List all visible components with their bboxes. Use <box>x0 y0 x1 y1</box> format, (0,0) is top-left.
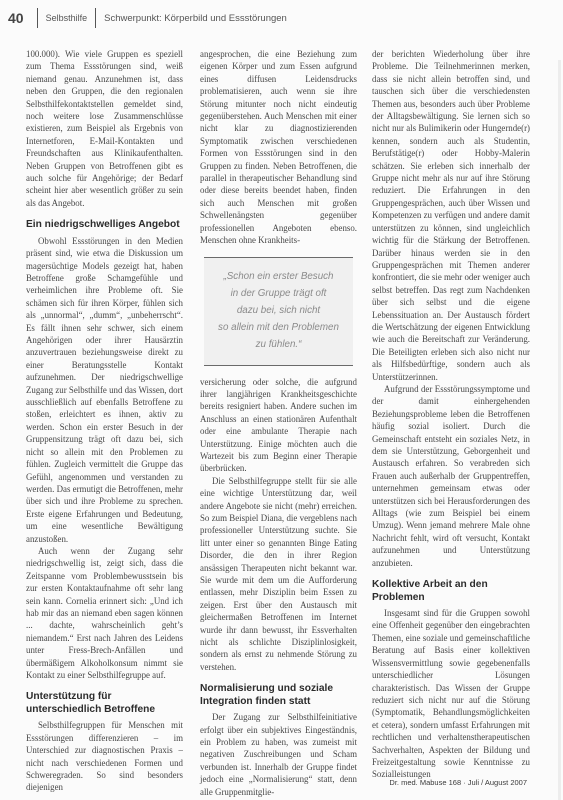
column-2: angesprochen, die eine Beziehung zum eig… <box>200 48 357 798</box>
page-number: 40 <box>8 10 24 26</box>
column-3: der berichten Wiederholung über ihre Pro… <box>372 48 530 781</box>
paragraph: versicherung oder solche, die aufgrund i… <box>200 376 357 475</box>
paragraph: Insgesamt sind für die Gruppen sowohl ei… <box>372 607 530 781</box>
subheading: Kollektive Arbeit an den Problemen <box>372 579 530 604</box>
paragraph: Der Zugang zur Selbsthilfeinitiative erf… <box>200 711 357 798</box>
column-1: 100.000). Wie viele Gruppen es speziell … <box>26 48 183 794</box>
subheading: Unterstützung für unterschiedlich Betrof… <box>26 691 183 716</box>
subheading: Ein niedrigschwelliges Angebot <box>26 219 183 232</box>
paragraph: Auch wenn der Zugang sehr niedrigschwell… <box>26 545 183 681</box>
paragraph: Selbsthilfegruppen für Menschen mit Esss… <box>26 719 183 793</box>
paragraph: Die Selbsthilfegruppe stellt für sie all… <box>200 475 357 674</box>
paragraph: Obwohl Essstörungen in den Medien präsen… <box>26 235 183 545</box>
publication-footer: Dr. med. Mabuse 168 · Juli / August 2007 <box>389 778 527 787</box>
quote-line: in der Gruppe trägt oft <box>210 285 347 302</box>
paragraph: der berichten Wiederholung über ihre Pro… <box>372 48 530 383</box>
pull-quote: „Schon ein erster Besuch in der Gruppe t… <box>204 257 353 366</box>
paragraph: angesprochen, die eine Beziehung zum eig… <box>200 48 357 247</box>
topic-label: Schwerpunkt: Körperbild und Essstörungen <box>104 13 287 24</box>
page-header: 40 Selbsthilfe Schwerpunkt: Körperbild u… <box>8 8 287 28</box>
header-divider <box>37 8 38 28</box>
quote-line: „Schon ein erster Besuch <box>210 268 347 285</box>
quote-line: so allein mit den Problemen <box>210 319 347 336</box>
paragraph: Aufgrund der Essstörungssymptome und der… <box>372 383 530 569</box>
header-divider <box>95 8 96 28</box>
section-label: Selbsthilfe <box>46 13 88 23</box>
paragraph: 100.000). Wie viele Gruppen es speziell … <box>26 48 183 209</box>
page-edge <box>558 60 561 800</box>
quote-line: dazu bei, sich nicht <box>210 302 347 319</box>
quote-line: zu fühlen.“ <box>210 336 347 353</box>
subheading: Normalisierung und soziale Integration f… <box>200 683 357 708</box>
